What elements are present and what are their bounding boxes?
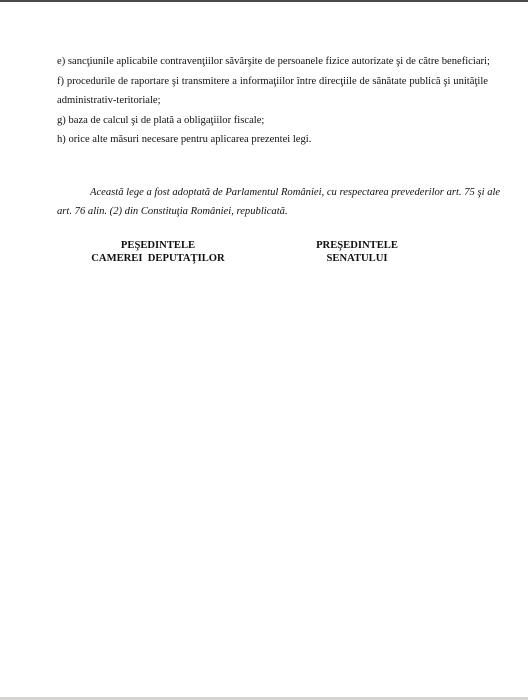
- signature-institution: SENATULUI: [290, 252, 424, 265]
- list-item-f-continuation: administrativ-teritoriale;: [57, 94, 161, 108]
- list-item-f: f) procedurile de raportare şi transmite…: [57, 75, 488, 89]
- signature-block-senate: PREŞEDINTELE SENATULUI: [290, 239, 424, 265]
- signature-block-chamber-of-deputies: PEŞEDINTELE CAMEREI DEPUTAŢILOR: [78, 239, 238, 265]
- list-item-g: g) baza de calcul şi de plată a obligaţi…: [57, 114, 264, 128]
- signature-title: PEŞEDINTELE: [78, 239, 238, 252]
- list-item-h: h) orice alte măsuri necesare pentru apl…: [57, 133, 311, 147]
- adoption-clause-line2: art. 76 alin. (2) din Constituţia Români…: [57, 205, 288, 219]
- signature-institution: CAMEREI DEPUTAŢILOR: [78, 252, 238, 265]
- adoption-clause-line1: Această lege a fost adoptată de Parlamen…: [90, 186, 488, 200]
- document-page: e) sancţiunile aplicabile contravenţiilo…: [0, 0, 528, 696]
- signature-title: PREŞEDINTELE: [290, 239, 424, 252]
- list-item-e: e) sancţiunile aplicabile contravenţiilo…: [57, 55, 488, 69]
